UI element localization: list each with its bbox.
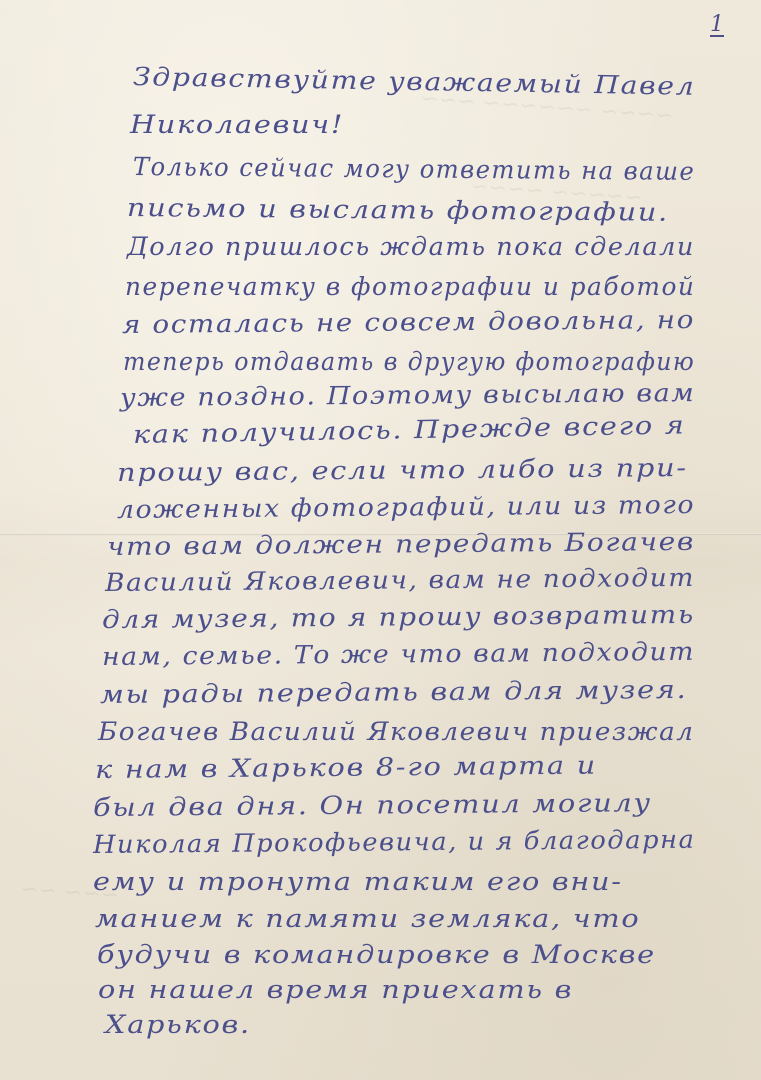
- letter-line: уже поздно. Поэтому высылаю вам: [120, 378, 696, 412]
- letter-line: манием к памяти земляка, что: [95, 904, 640, 933]
- letter-line: Богачев Василий Яковлевич приезжал: [98, 717, 694, 746]
- letter-line: ему и тронута таким его вни-: [93, 867, 623, 896]
- letter-line: мы рады передать вам для музея.: [100, 675, 688, 709]
- letter-line: что вам должен передать Богачев: [107, 527, 695, 561]
- letter-line: для музея, то я прошу возвратить: [102, 600, 695, 634]
- letter-page: ~~~~ ~~~~~~ ~~~ ~~~~~ ~~~~ ~~~ ~~ 1 Здра…: [0, 0, 761, 1080]
- letter-line: Здравствуйте уважаемый Павел: [133, 62, 696, 101]
- letter-line: Только сейчас могу ответить на ваше: [133, 152, 696, 186]
- letter-line: теперь отдавать в другую фотографию: [123, 347, 695, 376]
- letter-line: ложенных фотографий, или из того: [117, 490, 695, 524]
- letter-line: я осталась не совсем довольна, но: [122, 305, 695, 339]
- letter-line: перепечатку в фотографии и работой: [125, 272, 695, 301]
- page-number: 1: [710, 12, 724, 37]
- letter-line: будучи в командировке в Москве: [97, 940, 656, 969]
- letter-line: Николаевич!: [130, 110, 344, 139]
- letter-line: письмо и выслать фотографии.: [127, 193, 669, 227]
- letter-line: Василий Яковлевич, вам не подходит: [105, 563, 695, 597]
- letter-line: он нашел время приехать в: [98, 975, 573, 1004]
- letter-line: Харьков.: [105, 1010, 251, 1039]
- letter-line: Долго пришлось ждать пока сделали: [127, 232, 695, 261]
- letter-line: к нам в Харьков 8-го марта и: [95, 751, 597, 784]
- letter-line: прошу вас, если что либо из при-: [117, 453, 688, 487]
- letter-line: Николая Прокофьевича, и я благодарна: [93, 825, 696, 859]
- letter-line: нам, семье. То же что вам подходит: [102, 637, 695, 671]
- letter-line: как получилось. Прежде всего я: [133, 410, 686, 449]
- letter-line: был два дня. Он посетил могилу: [93, 788, 652, 822]
